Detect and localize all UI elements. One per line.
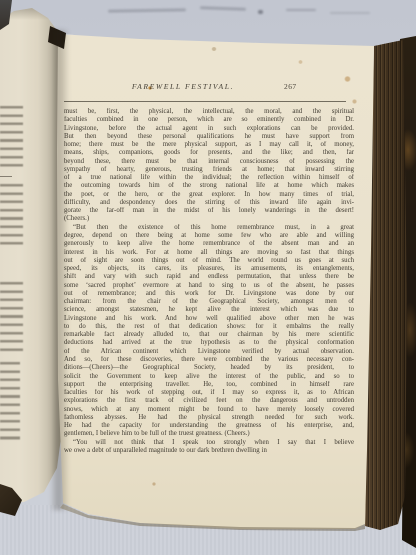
text-line: science, amongst statesmen, he kept aliv… xyxy=(64,306,354,314)
surface-smudge xyxy=(108,8,186,12)
left-page-blurred-text xyxy=(0,282,23,352)
text-line: faculties for his work of stepping out, … xyxy=(64,389,354,397)
text-line: Livingstone and his work. And how well q… xyxy=(64,315,354,323)
text-line: fathomless abysses. He had the physical … xyxy=(64,414,354,422)
text-line: difficulty, and despondency does the sti… xyxy=(64,199,354,207)
text-line: generously to keep alive the home rememb… xyxy=(64,240,354,248)
text-line: speed, its objects, its cares, its pleas… xyxy=(64,265,354,273)
text-line: He had the capacity for understanding th… xyxy=(64,422,354,430)
page-header-title: FAREWELL FESTIVAL. xyxy=(103,82,263,91)
text-line: of the African continent which Livingsto… xyxy=(64,348,354,356)
text-line: “But then the existence of this home rem… xyxy=(64,224,354,232)
header-rule xyxy=(64,101,346,102)
text-line: out of remembrance; and this work for Dr… xyxy=(64,290,354,298)
left-page-blurred-text xyxy=(0,106,23,172)
text-line: solicit the Government to keep alive the… xyxy=(64,373,354,381)
foxing-spot xyxy=(152,482,156,486)
text-line: chairman: from the chair of the Geograph… xyxy=(64,298,354,306)
page-top-edge-highlight xyxy=(58,33,374,35)
text-line: explorations the first track of civilize… xyxy=(64,397,354,405)
text-line: sympathy of hearty, generous, trusting f… xyxy=(64,166,354,174)
text-line: of a true national life within the indiv… xyxy=(64,174,354,182)
text-line: we owe a debt of unparalleled magnitude … xyxy=(64,447,354,455)
text-line: ditions—(Cheers)—the Geographical Societ… xyxy=(64,364,354,372)
text-line: “You will not think that I speak too str… xyxy=(64,439,354,447)
text-line: must be, first, the physical, the intell… xyxy=(64,108,354,116)
text-line: some ‘sacred prophet’ evermore at hand t… xyxy=(64,282,354,290)
text-line: interest in his work. For at home all th… xyxy=(64,249,354,257)
text-line: deductions had arrived at the true hypot… xyxy=(64,339,354,347)
left-page-blurred-text xyxy=(0,184,23,248)
foxing-spot xyxy=(298,60,303,64)
surface-smudge xyxy=(330,12,370,14)
text-line: snows, which at any moment might be foun… xyxy=(64,406,354,414)
text-line: faculties combined in one person, which … xyxy=(64,116,354,124)
running-header: FAREWELL FESTIVAL. 267 xyxy=(64,82,354,95)
text-line: to do this, the rest of that dedication … xyxy=(64,323,354,331)
book-gutter-shadow xyxy=(50,30,68,510)
text-line: degree, depend on there being at home so… xyxy=(64,232,354,240)
foxing-spot xyxy=(211,47,217,51)
text-line: the poet, or the hero, or the great expl… xyxy=(64,191,354,199)
text-line: means, ships, companions, goods for pres… xyxy=(64,149,354,157)
surface-smudge xyxy=(286,9,316,11)
surface-smudge xyxy=(200,6,246,11)
left-page-blurred-text xyxy=(0,362,20,444)
text-line: the outcoming towards him of the strong … xyxy=(64,182,354,190)
text-line: shift and vary with such rapid and endle… xyxy=(64,273,354,281)
text-line: beyond these, there must be that interna… xyxy=(64,158,354,166)
text-line: remarkable fact already alluded to, that… xyxy=(64,331,354,339)
printed-page-content: FAREWELL FESTIVAL. 267 must be, first, t… xyxy=(64,82,354,455)
text-line: Livingstone, before the actual agent in … xyxy=(64,125,354,133)
book-photo-scene: FAREWELL FESTIVAL. 267 must be, first, t… xyxy=(0,0,416,555)
left-page-rule xyxy=(0,176,12,177)
page-body-text: must be, first, the physical, the intell… xyxy=(64,108,354,455)
text-line: gentlemen, I believe him to be full of t… xyxy=(64,430,354,438)
surface-smudge xyxy=(258,10,263,14)
text-line: And so, for these discoveries, there wer… xyxy=(64,356,354,364)
text-line: out of sight are soon things out of mind… xyxy=(64,257,354,265)
text-line: gorate the far-off man in the midst of h… xyxy=(64,207,354,215)
page-number: 267 xyxy=(284,82,297,91)
text-line: But then beyond these personal qualifica… xyxy=(64,133,354,141)
text-line: home; there must be the mere physical su… xyxy=(64,141,354,149)
text-line: support the enterprising traveller. He, … xyxy=(64,381,354,389)
text-line: (Cheers.) xyxy=(64,215,354,223)
